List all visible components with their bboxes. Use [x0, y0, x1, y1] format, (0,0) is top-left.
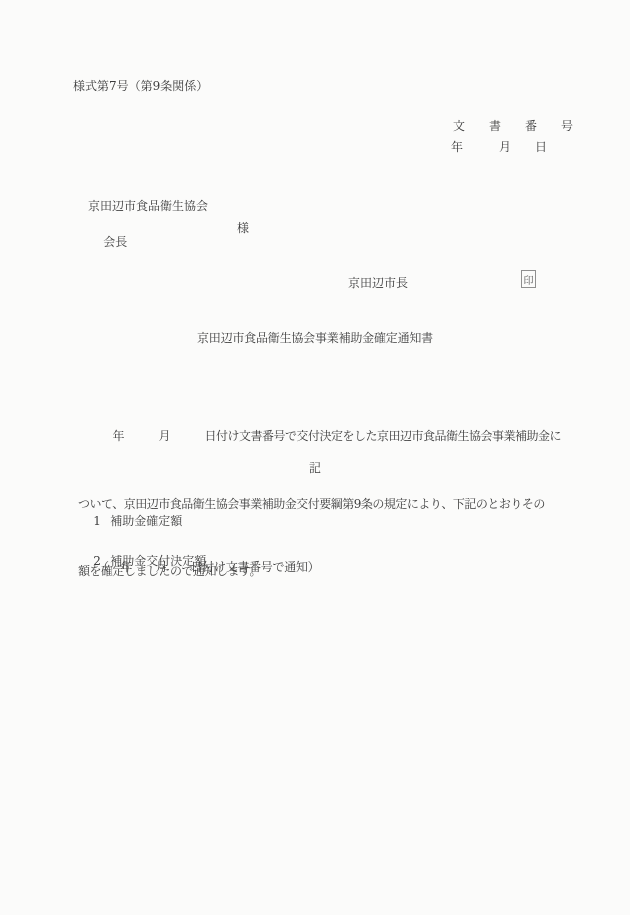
item-2-note: （ 年 月 日付け文書番号で通知）: [97, 560, 319, 574]
item-1-number: 1: [93, 514, 110, 528]
recipient-title-line: 会長 様: [88, 221, 308, 279]
recipient-honorific: 様: [237, 221, 249, 235]
item-1-label: 補助金確定額: [110, 514, 182, 528]
sender-name: 京田辺市長: [348, 276, 408, 290]
record-marker: 記: [0, 461, 630, 475]
seal-stamp-box: 印: [521, 270, 536, 288]
header-date-placeholder: 年 月 日: [451, 140, 547, 154]
seal-mark: 印: [524, 272, 534, 287]
recipient-title: 会長: [103, 235, 127, 249]
recipient-organization: 京田辺市食品衛生協会: [88, 199, 208, 213]
document-number-label: 文 書 番 号: [453, 119, 573, 133]
document-page: 様式第7号（第9条関係） 文 書 番 号 年 月 日 京田辺市食品衛生協会 会長…: [0, 0, 630, 915]
form-number-label: 様式第7号（第9条関係）: [73, 79, 208, 93]
body-line-1: 年 月 日付け文書番号で交付決定をした京田辺市食品衛生協会事業補助金に: [78, 425, 570, 448]
document-title: 京田辺市食品衛生協会事業補助金確定通知書: [0, 331, 630, 345]
list-item-1: 1補助金確定額: [78, 500, 182, 543]
